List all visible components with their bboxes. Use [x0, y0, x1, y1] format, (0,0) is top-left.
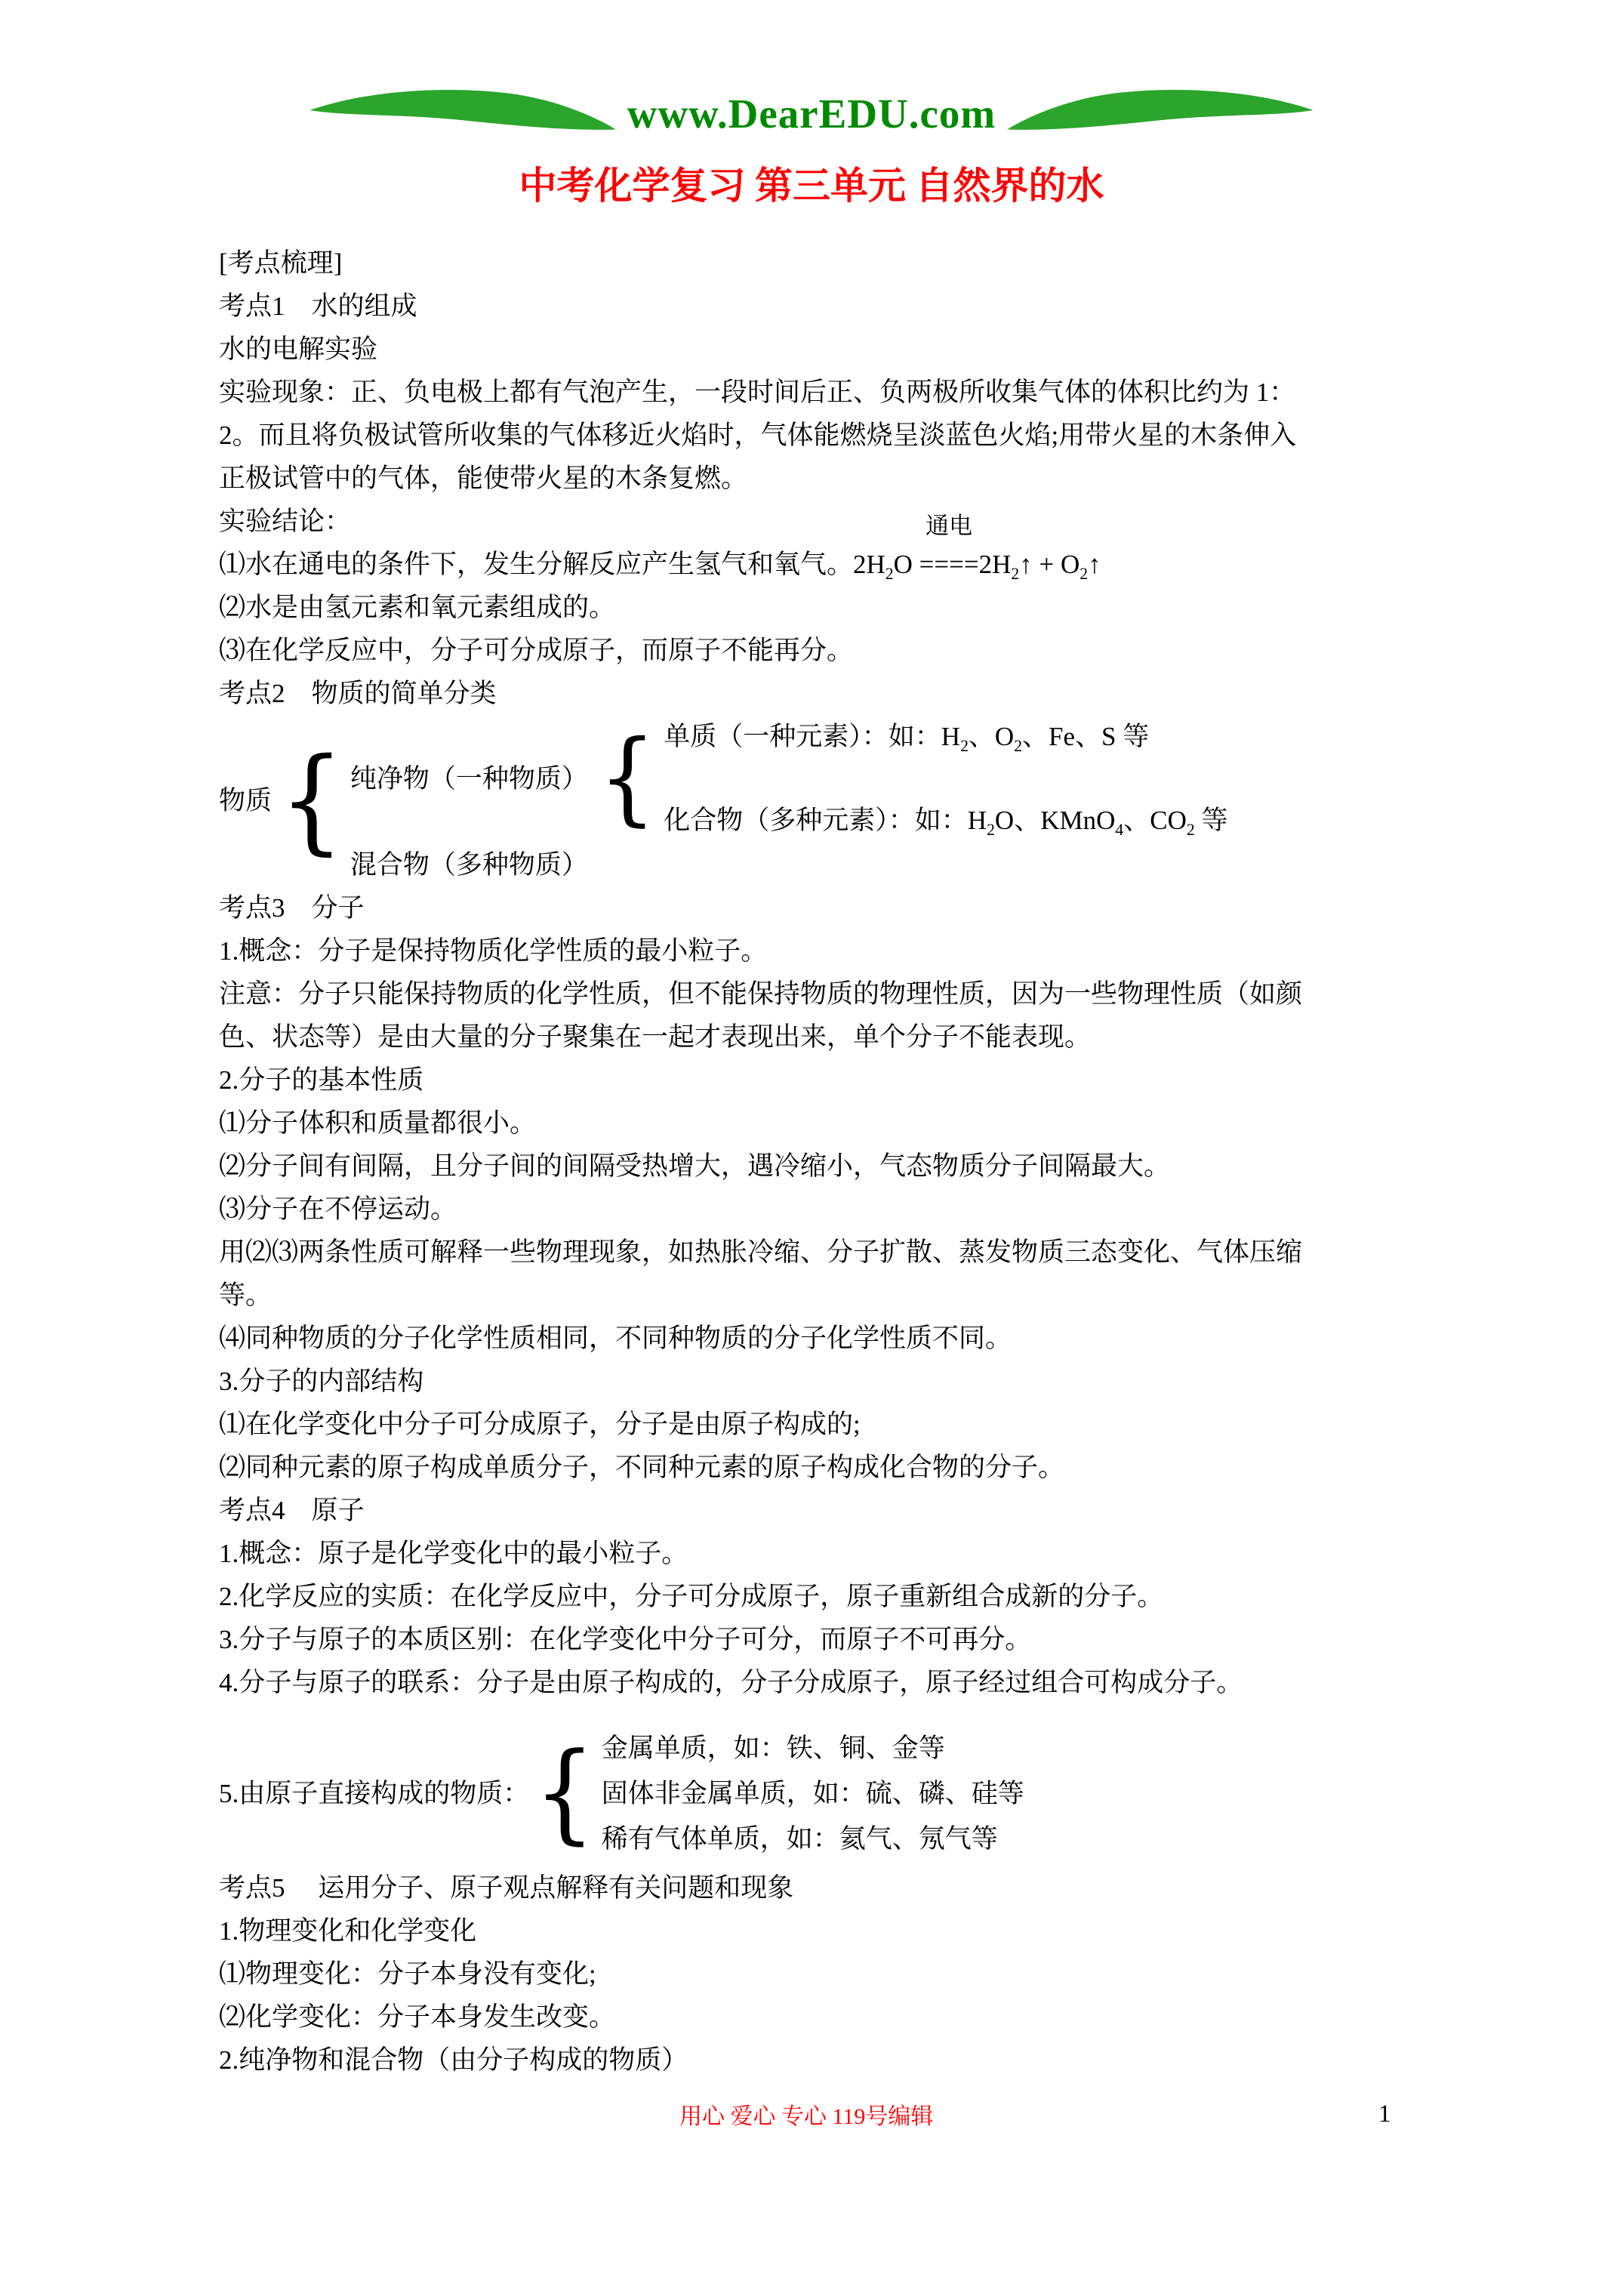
conclusion-heading: 实验结论： [219, 500, 1412, 543]
molecule-properties-heading: 2.分子的基本性质 [219, 1059, 1412, 1102]
conclusion-1-text: ⑴水在通电的条件下，发生分解反应产生氢气和氧气。 [219, 550, 853, 579]
pure-and-mixture-heading: 2.纯净物和混合物（由分子构成的物质） [219, 2039, 1412, 2082]
note-line-1: 注意：分子只能保持物质的化学性质，但不能保持物质的物理性质，因为一些物理性质（如… [219, 972, 1412, 1015]
property-3: ⑶分子在不停运动。 [219, 1188, 1412, 1231]
kp3-heading: 考点3 分子 [219, 886, 1412, 929]
kp5-heading: 考点5 运用分子、原子观点解释有关问题和现象 [219, 1866, 1412, 1909]
banner-swoosh-left-icon [304, 84, 621, 143]
property-use-line-1: 用⑵⑶两条性质可解释一些物理现象，如热胀冷缩、分子扩散、蒸发物质三态变化、气体压… [219, 1231, 1412, 1274]
conclusion-point-2: ⑵水是由氢元素和氧元素组成的。 [219, 586, 1412, 629]
atom-reaction-essence: 2.化学反应的实质：在化学反应中，分子可分成原子，原子重新组合成新的分子。 [219, 1575, 1412, 1618]
property-1: ⑴分子体积和质量都很小。 [219, 1102, 1412, 1145]
outline-header: [考点梳理] [219, 242, 1412, 285]
metal-elements-line: 金属单质，如：铁、铜、金等 [602, 1727, 1024, 1770]
substance-classification-diagram: 物质 { 纯净物（一种物质） { 单质（一种元素）：如：H2、O2、Fe、S 等… [219, 715, 1412, 886]
change-types-heading: 1.物理变化和化学变化 [219, 1909, 1412, 1952]
pure-substance-label: 纯净物（一种物质） [350, 757, 588, 800]
kp2-heading: 考点2 物质的简单分类 [219, 672, 1412, 715]
structure-1: ⑴在化学变化中分子可分成原子，分子是由原子构成的; [219, 1403, 1412, 1446]
phenomenon-line-1: 实验现象：正、负电极上都有气泡产生，一段时间后正、负两极所收集气体的体积比约为 … [219, 371, 1412, 414]
diagram-root-label: 物质 [219, 779, 272, 822]
note-line-2: 色、状态等）是由大量的分子聚集在一起才表现出来，单个分子不能表现。 [219, 1015, 1412, 1059]
document-body: [考点梳理] 考点1 水的组成 水的电解实验 实验现象：正、负电极上都有气泡产生… [219, 242, 1412, 2082]
footer-slogan: 用心 爱心 专心 119号编辑 [679, 2103, 933, 2131]
conclusion-point-1: ⑴水在通电的条件下，发生分解反应产生氢气和氧气。2H2O 通电====2H2↑ … [219, 543, 1412, 586]
page-number: 1 [1378, 2100, 1391, 2128]
mixture-label: 混合物（多种物质） [350, 843, 1228, 886]
kp4-heading: 考点4 原子 [219, 1489, 1412, 1532]
banner-swoosh-right-icon [1002, 84, 1319, 143]
atom-molecule-difference: 3.分子与原子的本质区别：在化学变化中分子可分，而原子不可再分。 [219, 1618, 1412, 1661]
atom-substances-brace: { [534, 1748, 595, 1840]
equation-equals-with-condition: 通电==== [919, 543, 979, 586]
atom-concept: 1.概念：原子是化学变化中的最小粒子。 [219, 1532, 1412, 1575]
phenomenon-line-2: 2。而且将负极试管所收集的气体移近火焰时，气体能燃烧呈淡蓝色火焰;用带火星的木条… [219, 414, 1412, 457]
chemical-change-line: ⑵化学变化：分子本身发生改变。 [219, 1996, 1412, 2039]
phenomenon-line-3: 正极试管中的气体，能使带火星的木条复燃。 [219, 457, 1412, 500]
document-page: www.DearEDU.com 中考化学复习 第三单元 自然界的水 [考点梳理]… [0, 0, 1623, 2296]
kp1-heading: 考点1 水的组成 [219, 285, 1412, 328]
solid-nonmetal-line: 固体非金属单质，如：硫、磷、硅等 [602, 1772, 1024, 1815]
page-title: 中考化学复习 第三单元 自然界的水 [0, 163, 1623, 208]
atom-substances-label: 5.由原子直接构成的物质： [219, 1772, 529, 1815]
equation-condition-label: 通电 [925, 514, 972, 538]
outer-brace: { [279, 752, 344, 849]
physical-change-line: ⑴物理变化：分子本身没有变化; [219, 1952, 1412, 1996]
compound-line: 化合物（多种元素）：如：H2O、KMnO4、CO2 等 [664, 799, 1227, 842]
noble-gas-line: 稀有气体单质，如：氦气、氖气等 [602, 1817, 1024, 1860]
conclusion-point-3: ⑶在化学反应中，分子可分成原子，而原子不能再分。 [219, 629, 1412, 672]
electrolysis-equation: 2H2O 通电====2H2↑ + O2↑ [853, 550, 1101, 579]
atom-molecule-relation: 4.分子与原子的联系：分子是由原子构成的，分子分成原子，原子经过组合可构成分子。 [219, 1661, 1412, 1704]
element-line: 单质（一种元素）：如：H2、O2、Fe、S 等 [664, 715, 1227, 758]
property-2: ⑵分子间有间隔，且分子间的间隔受热增大，遇冷缩小，气态物质分子间隔最大。 [219, 1145, 1412, 1188]
property-use-line-2: 等。 [219, 1274, 1412, 1317]
atom-substances-diagram: 5.由原子直接构成的物质： { 金属单质，如：铁、铜、金等 固体非金属单质，如：… [219, 1727, 1412, 1860]
molecule-concept: 1.概念：分子是保持物质化学性质的最小粒子。 [219, 929, 1412, 972]
molecule-structure-heading: 3.分子的内部结构 [219, 1360, 1412, 1403]
logo-banner: www.DearEDU.com [0, 0, 1623, 151]
structure-2: ⑵同种元素的原子构成单质分子，不同种元素的原子构成化合物的分子。 [219, 1446, 1412, 1489]
logo-text: www.DearEDU.com [627, 93, 996, 134]
inner-brace: { [599, 735, 656, 821]
kp1-subheading: 水的电解实验 [219, 328, 1412, 371]
property-4: ⑷同种物质的分子化学性质相同，不同种物质的分子化学性质不同。 [219, 1317, 1412, 1360]
